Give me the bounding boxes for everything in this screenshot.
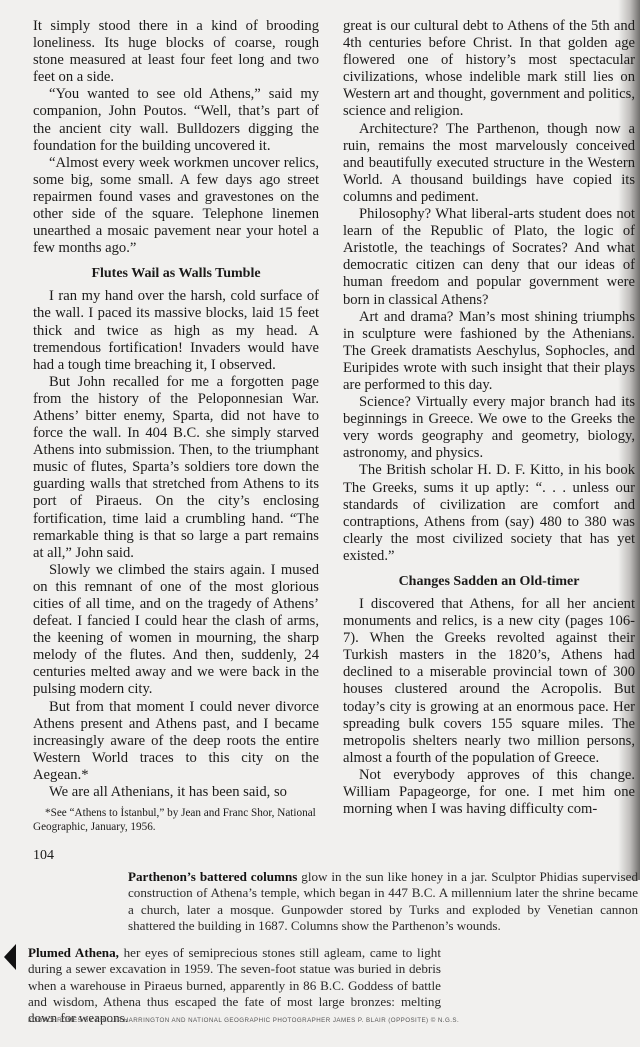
left-pointing-triangle-icon — [4, 944, 16, 970]
paragraph: Philosophy? What liberal-arts student do… — [343, 206, 635, 309]
paragraph: I ran my hand over the harsh, cold surfa… — [33, 288, 319, 373]
paragraph: But John recalled for me a forgotten pag… — [33, 374, 319, 562]
footnote: *See “Athens to İstanbul,” by Jean and F… — [33, 807, 319, 834]
paragraph: It simply stood there in a kind of brood… — [33, 18, 319, 86]
paragraph: I discovered that Athens, for all her an… — [343, 596, 635, 767]
paragraph: We are all Athenians, it has been said, … — [33, 784, 319, 801]
paragraph: “You wanted to see old Athens,” said my … — [33, 86, 319, 154]
paragraph: Slowly we climbed the stairs again. I mu… — [33, 562, 319, 699]
photo-caption-parthenon: Parthenon’s battered columns glow in the… — [128, 869, 638, 934]
photo-caption-athena: Plumed Athena, her eyes of semiprecious … — [28, 945, 441, 1026]
caption-lead: Parthenon’s battered columns — [128, 869, 297, 884]
page-number: 104 — [33, 848, 54, 864]
paragraph: Not everybody approves of this change. W… — [343, 767, 635, 818]
paragraph: Science? Virtually every major branch ha… — [343, 394, 635, 462]
paragraph: The British scholar H. D. F. Kitto, in h… — [343, 462, 635, 565]
paragraph: But from that moment I could never divor… — [33, 699, 319, 784]
photo-credit: Kodachromes by Phillip Harrington and Na… — [28, 1017, 459, 1024]
paragraph: “Almost every week workmen uncover relic… — [33, 155, 319, 258]
right-column: great is our cultural debt to Athens of … — [343, 18, 635, 818]
paragraph: Architecture? The Parthenon, though now … — [343, 121, 635, 206]
section-heading: Changes Sadden an Old-timer — [343, 573, 635, 590]
left-column: It simply stood there in a kind of brood… — [33, 18, 319, 834]
paragraph: Art and drama? Man’s most shining triump… — [343, 309, 635, 394]
caption-lead: Plumed Athena, — [28, 945, 119, 960]
section-heading: Flutes Wail as Walls Tumble — [33, 265, 319, 282]
paragraph: great is our cultural debt to Athens of … — [343, 18, 635, 121]
